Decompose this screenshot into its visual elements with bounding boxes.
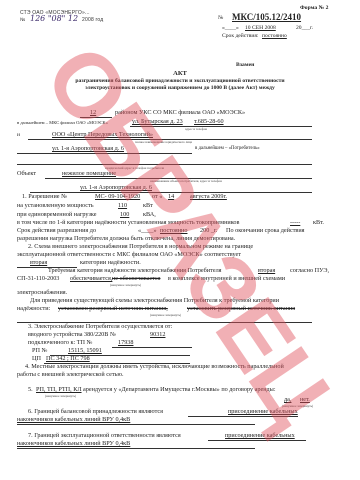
cat1-unit: кВт. <box>313 219 324 227</box>
installed-option: установлен резервный источник питания, <box>58 305 168 313</box>
permit-number: МС- 09-104-1920 <box>95 193 140 201</box>
object-value: нежилое помещение <box>62 170 116 178</box>
input-device-label: вводного устройства 380/220В № <box>28 331 116 339</box>
supply-word: электроснабжения. <box>17 289 67 297</box>
object-address: ул. 1-я Аэропортовская д. 6 <box>80 184 152 192</box>
section5-text: арендуется у «Департамента Имущества г.М… <box>83 386 276 394</box>
section5-prefix: 5. <box>28 386 33 394</box>
object-hint: наименование объекта потребителя, адрес … <box>150 179 222 183</box>
required-text: Требуемая категория надёжности электросн… <box>48 267 222 275</box>
handwritten-registration-number: 126 "08" 12 <box>30 14 78 23</box>
act-subtitle-line2: электроустановок и сооружений напряжение… <box>0 85 360 92</box>
section5-yes: да, <box>284 396 291 404</box>
rp-label: РП № <box>32 347 47 355</box>
section5-hint: (ненужное зачеркнуть) <box>45 394 76 398</box>
power-value: 110 <box>118 202 127 210</box>
power-label: на установленную мощность <box>17 202 94 210</box>
input-device-value: 90312 <box>150 331 165 339</box>
consumer-name-hint: полное наименование юридического лица <box>135 140 192 144</box>
section6-value2: наконечников кабельных линий ВРУ 0,4кВ <box>17 416 130 424</box>
bring-line1: Для приведения существующей схемы электр… <box>30 297 279 305</box>
validity-value: постоянно <box>262 33 287 40</box>
section6-text: 6. Границей балансовой принадлежности яв… <box>28 408 163 416</box>
consumer-address: ул. 1-я Аэропортовская д. 6 <box>52 145 124 153</box>
permit-day: 14 <box>168 193 174 201</box>
tp-label: подключенного к: ТП № <box>28 339 92 347</box>
permit-month-year: августа 2009г. <box>190 193 227 201</box>
object-label: Объект <box>17 170 36 178</box>
ensured-option: обеспечивается, <box>70 275 112 283</box>
tp-value: 17938 <box>118 339 133 347</box>
form-label: Форма № 2 <box>300 5 328 12</box>
section3-title: 3. Электроснабжение Потребителя осуществ… <box>28 323 172 331</box>
district-text: районом УКС СО МКС филиала ОАО «МОЭСК» <box>115 109 245 117</box>
registration-stamp-date: 2008 год <box>82 17 103 23</box>
mks-address: ул. Бутырская д. 23 <box>132 118 183 126</box>
term-line2: разрешения нагрузка Потребителя должна б… <box>17 235 235 243</box>
permit-from: от « <box>152 193 162 201</box>
registration-stamp-prefix: № <box>20 17 26 23</box>
permit-label: 1. Разрешение № <box>22 193 67 201</box>
strike-hint-2: (ненужное зачеркнуть) <box>150 313 181 317</box>
hereinafter-mks: в дальнейшем – МКС филиал ОАО «МОЭСК» <box>17 120 108 125</box>
instead-label: Взамен <box>236 62 254 69</box>
section7-value2: наконечников кабельных линий ВРУ 0,4кВ <box>17 440 130 448</box>
date-suffix: 20___г. <box>296 25 313 32</box>
validity-label: Срок действия: <box>222 33 258 40</box>
term-year: 200 _г. <box>200 227 217 235</box>
complex-tail: в комплексе внутренней и внешней схемами <box>168 275 285 283</box>
bring-label: надёжности: <box>17 305 50 313</box>
category-value: вторая <box>30 259 47 267</box>
not-ensured-option: не обеспечивается <box>112 275 160 283</box>
term-value: постоянно <box>160 227 187 235</box>
load-unit: кВА, <box>143 211 156 219</box>
cp-label: ЦП <box>32 355 41 363</box>
section7-text: 7. Границей эксплуатационной ответственн… <box>28 432 181 440</box>
power-unit: кВт <box>143 202 153 210</box>
mks-phone: т.685-28-60 <box>194 118 224 126</box>
number-label: № <box>218 15 223 22</box>
section2-line2: эксплуатационной ответственности с МКС ф… <box>17 251 241 259</box>
act-title: АКТ <box>0 70 360 77</box>
section4-line2: работы с внешней электрической сетью. <box>17 371 124 379</box>
load-value: 100 <box>120 211 129 219</box>
document-page: СТЭ ОАО «МОСЭНЕРГО»... № 126 "08" 12 200… <box>0 0 360 480</box>
mks-address-hint: адрес и телефон <box>185 127 207 131</box>
section5-items: РП, ТП, РТП, КЛ <box>36 386 82 394</box>
load-label: при единовременной нагрузке <box>17 211 97 219</box>
category-tail: категории надёжности. <box>80 259 141 267</box>
section2-line1: 2. Схема внешнего электроснабжения Потре… <box>28 243 253 251</box>
cat1-text: в том числе по 1-й категории надёжности … <box>17 219 239 227</box>
term-quote: «____» <box>138 227 157 235</box>
term-text: Срок действия разрешения до <box>17 227 96 235</box>
hereinafter-consumer: в дальнейшем – «Потребитель» <box>195 146 260 151</box>
required-value: вторая <box>258 267 275 275</box>
section5-no: нет. <box>300 396 310 404</box>
rp-value: 15115, 15091 <box>68 347 102 355</box>
act-subtitle-line1: разграничения балансовой принадлежности … <box>0 78 360 85</box>
act-number: МКС/105.12/2410 <box>232 12 301 22</box>
date-value: 10 СЕН 2008 <box>245 25 276 32</box>
date-prefix: «____» <box>222 25 239 32</box>
district-number: 12 <box>90 109 96 117</box>
consumer-name: ООО «Центр Передовых Технологий» <box>52 131 153 139</box>
strike-hint-1: (ненужное зачеркнуть) <box>110 283 141 287</box>
cat1-value: ----- <box>290 219 300 227</box>
section7-value1: присоединение кабельных <box>225 432 295 440</box>
to-install-option: установить резервный источник питания <box>187 305 295 313</box>
sp-text: СП-31-110-2003 <box>17 275 59 283</box>
required-tail: согласно ПУЭ, <box>290 267 329 275</box>
section4-line1: 4. Местные электростанции должны иметь у… <box>25 363 284 371</box>
and-label: и <box>17 132 20 139</box>
cp-value: ПС 342 ; ПС 798 <box>46 355 90 363</box>
term-tail: По окончании срока действия <box>226 227 305 235</box>
section6-value1: присоединение кабельных <box>228 408 298 416</box>
